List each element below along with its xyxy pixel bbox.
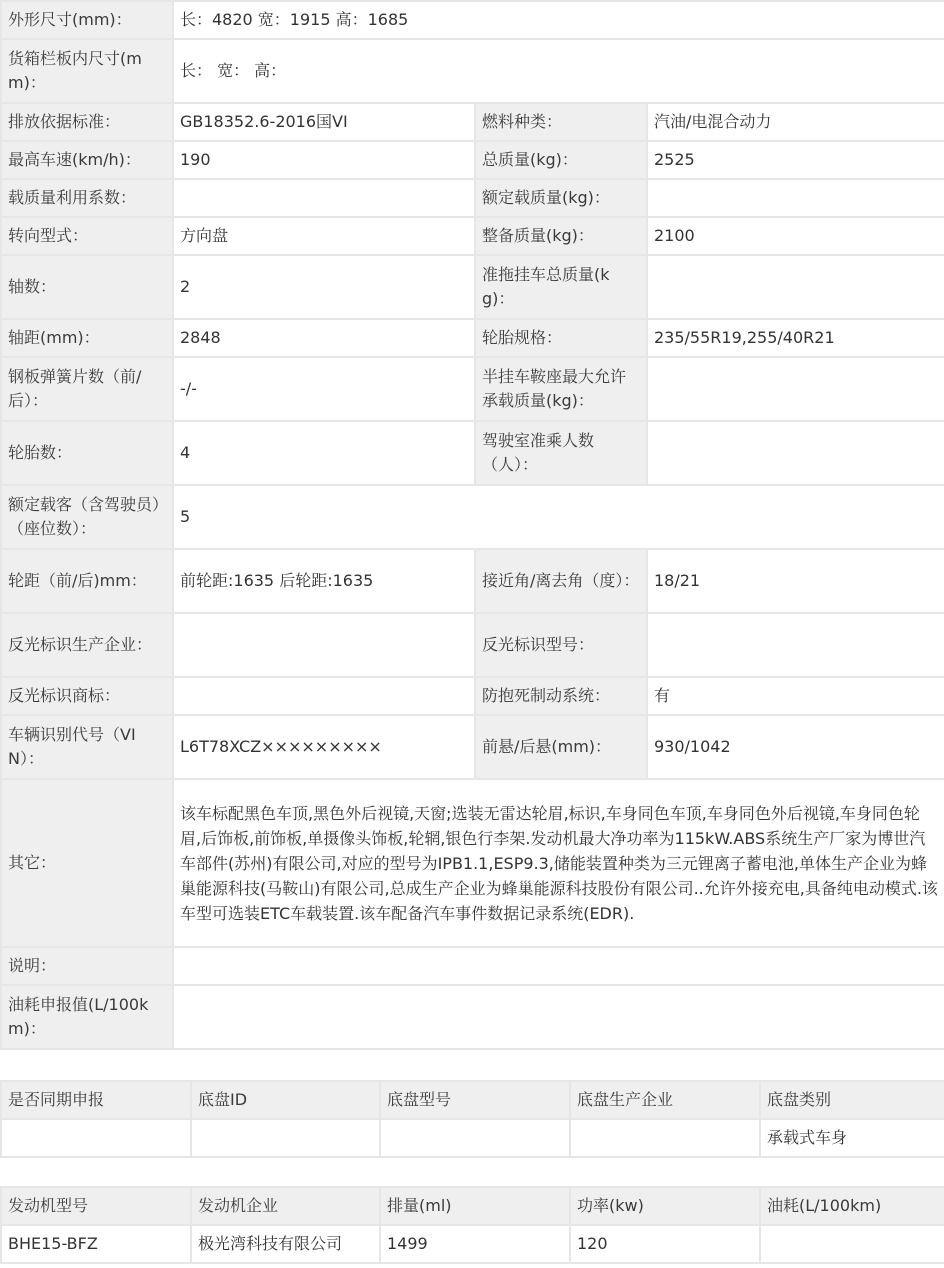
label-exterior-dimensions: 外形尺寸(mm)： xyxy=(1,1,173,39)
header-power: 功率(kw) xyxy=(570,1187,760,1225)
spec-row-speed-mass: 最高车速(km/h)： 190 总质量(kg)： 2525 xyxy=(1,141,944,179)
label-rated-passengers: 额定载客（含驾驶员）（座位数）： xyxy=(1,485,173,549)
spec-row-tires-cab: 轮胎数： 4 驾驶室准乘人数（人）： xyxy=(1,421,944,485)
header-displacement: 排量(ml) xyxy=(380,1187,570,1225)
label-load-utilization: 载质量利用系数： xyxy=(1,179,173,217)
label-curb-mass: 整备质量(kg)： xyxy=(475,217,647,255)
label-tire-spec: 轮胎规格： xyxy=(475,319,647,357)
cell-fuel-consumption xyxy=(760,1225,944,1263)
value-other: 该车标配黑色车顶,黑色外后视镜,天窗;选装无雷达轮眉,标识,车身同色车顶,车身同… xyxy=(173,779,944,947)
cell-chassis-type: 承载式车身 xyxy=(760,1119,944,1157)
spec-row-seats: 额定载客（含驾驶员）（座位数）： 5 xyxy=(1,485,944,549)
chassis-header-row: 是否同期申报 底盘ID 底盘型号 底盘生产企业 底盘类别 xyxy=(1,1081,944,1119)
header-chassis-id: 底盘ID xyxy=(191,1081,380,1119)
header-chassis-model: 底盘型号 xyxy=(380,1081,570,1119)
spec-row-reflector-abs: 反光标识商标： 防抱死制动系统： 有 xyxy=(1,677,944,715)
value-trailer-mass xyxy=(647,255,944,319)
label-wheelbase: 轴距(mm)： xyxy=(1,319,173,357)
label-reflector-model: 反光标识型号： xyxy=(475,613,647,677)
cell-power: 120 xyxy=(570,1225,760,1263)
label-track-width: 轮距（前/后)mm： xyxy=(1,549,173,613)
cell-chassis-model xyxy=(380,1119,570,1157)
label-other: 其它： xyxy=(1,779,173,947)
value-tire-spec: 235/55R19,255/40R21 xyxy=(647,319,944,357)
label-fuel-consumption: 油耗申报值(L/100km)： xyxy=(1,985,173,1049)
value-exterior-dimensions: 长：4820 宽：1915 高：1685 xyxy=(173,1,944,39)
header-concurrent-filing: 是否同期申报 xyxy=(1,1081,191,1119)
engine-header-row: 发动机型号 发动机企业 排量(ml) 功率(kw) 油耗(L/100km) xyxy=(1,1187,944,1225)
label-overhang: 前悬/后悬(mm)： xyxy=(475,715,647,779)
value-fuel-type: 汽油/电混合动力 xyxy=(647,103,944,141)
cell-engine-maker: 极光湾科技有限公司 xyxy=(191,1225,380,1263)
value-leaf-springs: -/- xyxy=(173,357,475,421)
label-leaf-springs: 钢板弹簧片数（前/后）： xyxy=(1,357,173,421)
value-saddle-load xyxy=(647,357,944,421)
label-steering-type: 转向型式： xyxy=(1,217,173,255)
label-reflector-maker: 反光标识生产企业： xyxy=(1,613,173,677)
spec-row-axles-trailer: 轴数： 2 准拖挂车总质量(kg)： xyxy=(1,255,944,319)
label-approach-departure: 接近角/离去角（度）： xyxy=(475,549,647,613)
spec-row-vin-overhang: 车辆识别代号（VIN）： L6T78XCZ××××××××× 前悬/后悬(mm)… xyxy=(1,715,944,779)
label-max-speed: 最高车速(km/h)： xyxy=(1,141,173,179)
value-wheelbase: 2848 xyxy=(173,319,475,357)
engine-table: 发动机型号 发动机企业 排量(ml) 功率(kw) 油耗(L/100km) BH… xyxy=(0,1186,944,1264)
label-cab-occupants: 驾驶室准乘人数（人）： xyxy=(475,421,647,485)
spec-row-exterior-dimensions: 外形尺寸(mm)： 长：4820 宽：1915 高：1685 xyxy=(1,1,944,39)
spec-row-wheelbase-tires: 轴距(mm)： 2848 轮胎规格： 235/55R19,255/40R21 xyxy=(1,319,944,357)
value-track-width: 前轮距:1635 后轮距:1635 xyxy=(173,549,475,613)
value-steering-type: 方向盘 xyxy=(173,217,475,255)
cell-chassis-maker xyxy=(570,1119,760,1157)
spec-row-emission-fuel: 排放依据标准： GB18352.6-2016国VI 燃料种类： 汽油/电混合动力 xyxy=(1,103,944,141)
value-cab-occupants xyxy=(647,421,944,485)
table-row: BHE15-BFZ 极光湾科技有限公司 1499 120 xyxy=(1,1225,944,1263)
spec-row-steering-curb: 转向型式： 方向盘 整备质量(kg)： 2100 xyxy=(1,217,944,255)
value-axle-count: 2 xyxy=(173,255,475,319)
cell-concurrent-filing xyxy=(1,1119,191,1157)
cell-displacement: 1499 xyxy=(380,1225,570,1263)
spec-row-other: 其它： 该车标配黑色车顶,黑色外后视镜,天窗;选装无雷达轮眉,标识,车身同色车顶… xyxy=(1,779,944,947)
header-engine-maker: 发动机企业 xyxy=(191,1187,380,1225)
value-rated-passengers: 5 xyxy=(173,485,944,549)
value-abs: 有 xyxy=(647,677,944,715)
value-reflector-brand xyxy=(173,677,475,715)
value-rated-load xyxy=(647,179,944,217)
spec-row-notes: 说明： xyxy=(1,947,944,985)
value-approach-departure: 18/21 xyxy=(647,549,944,613)
cell-chassis-id xyxy=(191,1119,380,1157)
cell-engine-model: BHE15-BFZ xyxy=(1,1225,191,1263)
value-load-utilization xyxy=(173,179,475,217)
value-tire-count: 4 xyxy=(173,421,475,485)
value-gross-mass: 2525 xyxy=(647,141,944,179)
label-gross-mass: 总质量(kg)： xyxy=(475,141,647,179)
section-spacer xyxy=(0,1050,944,1080)
label-abs: 防抱死制动系统： xyxy=(475,677,647,715)
spec-row-springs-saddle: 钢板弹簧片数（前/后）： -/- 半挂车鞍座最大允许承载质量(kg)： xyxy=(1,357,944,421)
value-overhang: 930/1042 xyxy=(647,715,944,779)
value-reflector-model xyxy=(647,613,944,677)
label-trailer-mass: 准拖挂车总质量(kg)： xyxy=(475,255,647,319)
header-fuel-consumption: 油耗(L/100km) xyxy=(760,1187,944,1225)
label-notes: 说明： xyxy=(1,947,173,985)
value-reflector-maker xyxy=(173,613,475,677)
label-vin: 车辆识别代号（VIN）： xyxy=(1,715,173,779)
label-reflector-brand: 反光标识商标： xyxy=(1,677,173,715)
label-fuel-type: 燃料种类： xyxy=(475,103,647,141)
spec-row-track-angles: 轮距（前/后)mm： 前轮距:1635 后轮距:1635 接近角/离去角（度）：… xyxy=(1,549,944,613)
value-vin: L6T78XCZ××××××××× xyxy=(173,715,475,779)
vehicle-spec-table: 外形尺寸(mm)： 长：4820 宽：1915 高：1685 货箱栏板内尺寸(m… xyxy=(0,0,944,1050)
spec-row-fuel-consumption: 油耗申报值(L/100km)： xyxy=(1,985,944,1049)
value-cargo-dimensions: 长： 宽： 高： xyxy=(173,39,944,103)
value-fuel-consumption xyxy=(173,985,944,1049)
header-engine-model: 发动机型号 xyxy=(1,1187,191,1225)
label-emission-standard: 排放依据标准： xyxy=(1,103,173,141)
label-axle-count: 轴数： xyxy=(1,255,173,319)
value-max-speed: 190 xyxy=(173,141,475,179)
spec-row-load-factor: 载质量利用系数： 额定载质量(kg)： xyxy=(1,179,944,217)
header-chassis-type: 底盘类别 xyxy=(760,1081,944,1119)
spec-row-cargo-dimensions: 货箱栏板内尺寸(mm)： 长： 宽： 高： xyxy=(1,39,944,103)
section-spacer xyxy=(0,1158,944,1186)
label-saddle-load: 半挂车鞍座最大允许承载质量(kg)： xyxy=(475,357,647,421)
label-cargo-dimensions: 货箱栏板内尺寸(mm)： xyxy=(1,39,173,103)
header-chassis-maker: 底盘生产企业 xyxy=(570,1081,760,1119)
table-row: 承载式车身 xyxy=(1,1119,944,1157)
value-curb-mass: 2100 xyxy=(647,217,944,255)
spec-row-reflector-maker: 反光标识生产企业： 反光标识型号： xyxy=(1,613,944,677)
value-emission-standard: GB18352.6-2016国VI xyxy=(173,103,475,141)
label-rated-load: 额定载质量(kg)： xyxy=(475,179,647,217)
chassis-table: 是否同期申报 底盘ID 底盘型号 底盘生产企业 底盘类别 承载式车身 xyxy=(0,1080,944,1158)
label-tire-count: 轮胎数： xyxy=(1,421,173,485)
value-notes xyxy=(173,947,944,985)
